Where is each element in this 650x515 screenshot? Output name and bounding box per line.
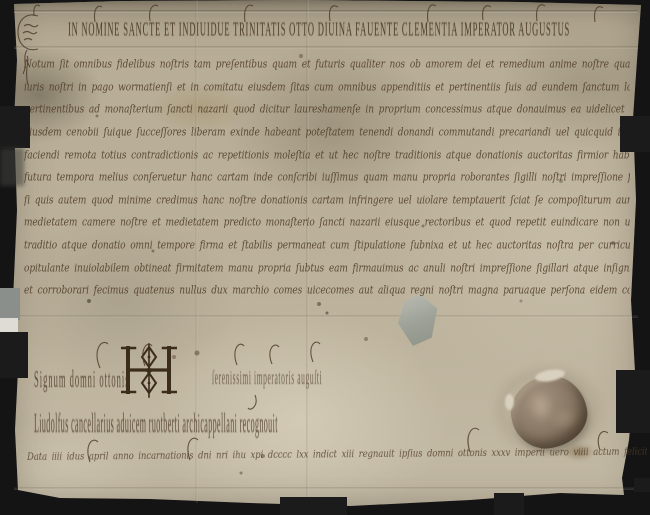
mount-clip-right-lower xyxy=(616,370,650,433)
body-line: pertinentibus ad monaſterium ſancti naza… xyxy=(24,104,630,116)
body-line: faciendi remota totius contradictionis a… xyxy=(24,150,630,162)
mount-clip-left-white xyxy=(0,318,18,332)
mount-clip-left-gray xyxy=(0,288,20,320)
signum-line-right: ſerenissimi imperatoris auguſti xyxy=(212,366,322,389)
invocation-line: In nomine ſancte et indiuidue trinitatis… xyxy=(68,17,620,40)
mount-clip-right-upper xyxy=(620,116,650,152)
mount-clip-right-corner xyxy=(634,478,650,492)
body-line: Notum ſit omnibus fidelibus noſtris tam … xyxy=(24,59,630,71)
mount-clip-left-upper xyxy=(0,106,30,148)
mount-clip-bottom-left xyxy=(280,497,347,515)
body-line: ſi quis autem quod minime credimus hanc … xyxy=(24,195,630,207)
body-line: opitulante inuiolabilem obtineat firmita… xyxy=(24,263,630,275)
signum-line-left: Signum domni ottonis xyxy=(34,364,130,393)
body-line: iuris noſtri in pago wormatienſi et in c… xyxy=(24,82,630,94)
royal-monogram xyxy=(121,341,177,399)
body-line: futura tempora melius conſeruetur hanc c… xyxy=(24,172,630,184)
ink-specks xyxy=(0,0,2,2)
body-line: medietatem camere noſtre et medietatem p… xyxy=(24,217,630,229)
mount-clip-bottom-right xyxy=(494,493,524,515)
body-line: traditio atque donatio omni tempore firm… xyxy=(24,240,630,252)
mount-clip-shadow-left xyxy=(0,148,24,186)
seal-relief-shape xyxy=(547,404,580,432)
mount-clip-left-lower xyxy=(0,332,28,378)
body-line: et corroborari fecimus quatenus nullus d… xyxy=(24,285,630,297)
seal-crumb-left xyxy=(505,394,514,410)
charter-photograph: In nomine ſancte et indiuidue trinitatis… xyxy=(0,0,650,515)
recognition-line: Liudolfus cancellarius aduicem ruotberti… xyxy=(34,408,278,439)
body-line: eiusdem cenobii ſuique ſucceſſores liber… xyxy=(24,127,630,139)
